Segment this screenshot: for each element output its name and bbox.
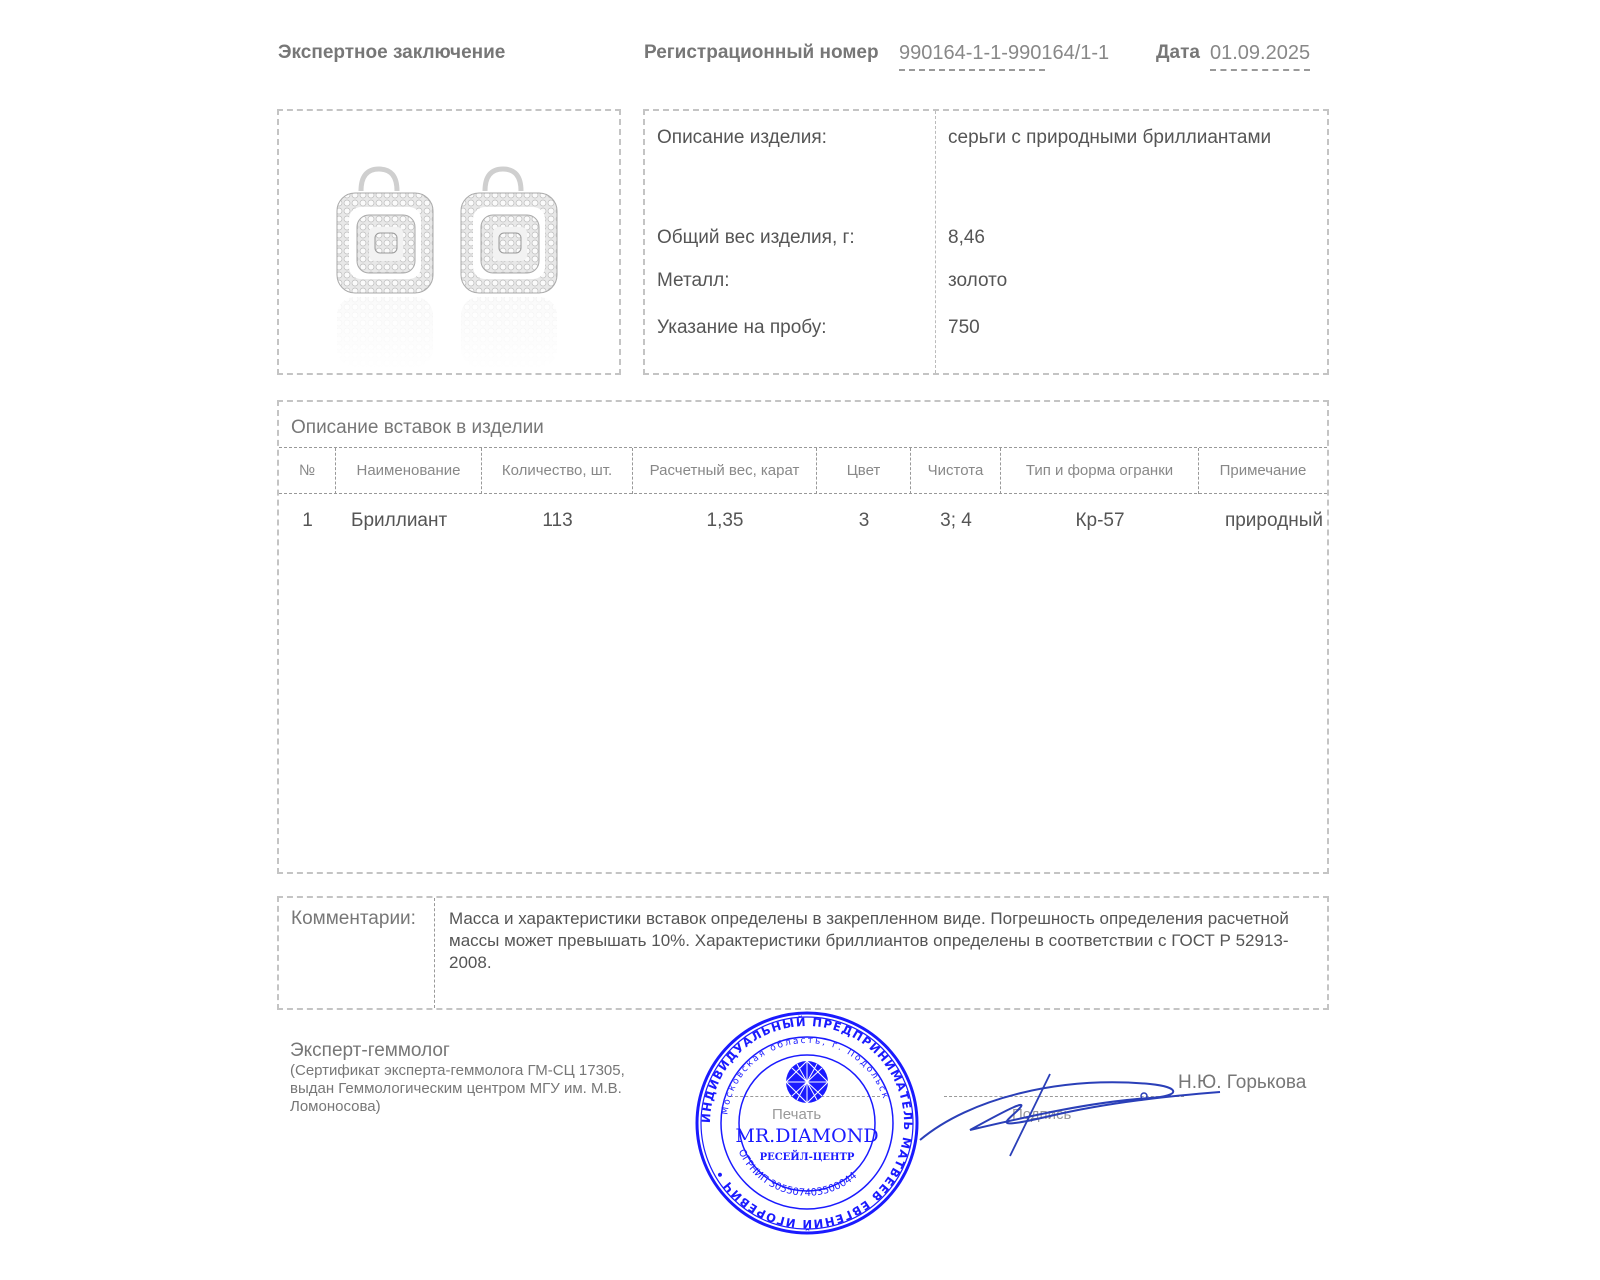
registration-number-value: 990164-1-1-990164/1-1	[899, 42, 1109, 65]
date-label: Дата	[1156, 42, 1200, 64]
hallmark-label: Указание на пробу:	[657, 317, 827, 339]
svg-text:ИНДИВИДУАЛЬНЫЙ ПРЕДПРИНИМАТЕЛЬ: ИНДИВИДУАЛЬНЫЙ ПРЕДПРИНИМАТЕЛЬ МАТВЕЕВ Е…	[699, 1014, 915, 1232]
description-value: серьги с природными бриллиантами	[948, 127, 1271, 149]
column-header-cut: Тип и форма огранки	[1001, 448, 1199, 494]
cell-clarity: 3; 4	[911, 510, 1001, 532]
svg-text:РЕСЕЙЛ-ЦЕНТР: РЕСЕЙЛ-ЦЕНТР	[760, 1150, 855, 1163]
cell-quantity: 113	[482, 510, 633, 532]
column-header-name: Наименование	[336, 448, 482, 494]
stamp-seal-icon: ИНДИВИДУАЛЬНЫЙ ПРЕДПРИНИМАТЕЛЬ МАТВЕЕВ Е…	[694, 1010, 920, 1236]
document-title: Экспертное заключение	[278, 42, 505, 64]
column-header-clarity: Чистота	[911, 448, 1001, 494]
product-photo	[277, 109, 621, 375]
column-header-weight: Расчетный вес, карат	[633, 448, 817, 494]
cell-weight: 1,35	[633, 510, 817, 532]
column-header-color: Цвет	[817, 448, 911, 494]
total-weight-label: Общий вес изделия, г:	[657, 227, 855, 249]
cell-cut: Кр-57	[1001, 510, 1199, 532]
cell-note: природный	[1199, 510, 1323, 532]
comments-text: Масса и характеристики вставок определен…	[449, 908, 1319, 974]
column-divider	[434, 898, 435, 1008]
description-label: Описание изделия:	[657, 127, 827, 149]
comments-label: Комментарии:	[291, 908, 416, 930]
column-header-note: Примечание	[1199, 448, 1327, 494]
cell-name: Бриллиант	[351, 510, 447, 532]
total-weight-value: 8,46	[948, 227, 985, 249]
date-value: 01.09.2025	[1210, 42, 1310, 65]
inserts-table: Описание вставок в изделии № Наименовани…	[277, 400, 1329, 874]
cell-number: 1	[279, 510, 336, 532]
inserts-title: Описание вставок в изделии	[291, 417, 544, 439]
expert-certificate: (Сертификат эксперта-геммолога ГМ-СЦ 173…	[290, 1062, 670, 1116]
metal-value: золото	[948, 270, 1007, 292]
expert-title: Эксперт-геммолог	[290, 1040, 450, 1062]
comments-panel: Комментарии: Масса и характеристики вста…	[277, 896, 1329, 1010]
product-description-panel: Описание изделия: серьги с природными бр…	[643, 109, 1329, 375]
column-header-number: №	[279, 448, 336, 494]
signature-icon	[910, 1068, 1250, 1168]
registration-number-label: Регистрационный номер	[644, 42, 879, 64]
earrings-photo-icon	[279, 111, 619, 373]
svg-text:MR.DIAMOND: MR.DIAMOND	[735, 1125, 878, 1147]
metal-label: Металл:	[657, 270, 729, 292]
cell-color: 3	[817, 510, 911, 532]
hallmark-value: 750	[948, 317, 980, 339]
column-header-quantity: Количество, шт.	[482, 448, 633, 494]
column-divider	[935, 111, 936, 373]
